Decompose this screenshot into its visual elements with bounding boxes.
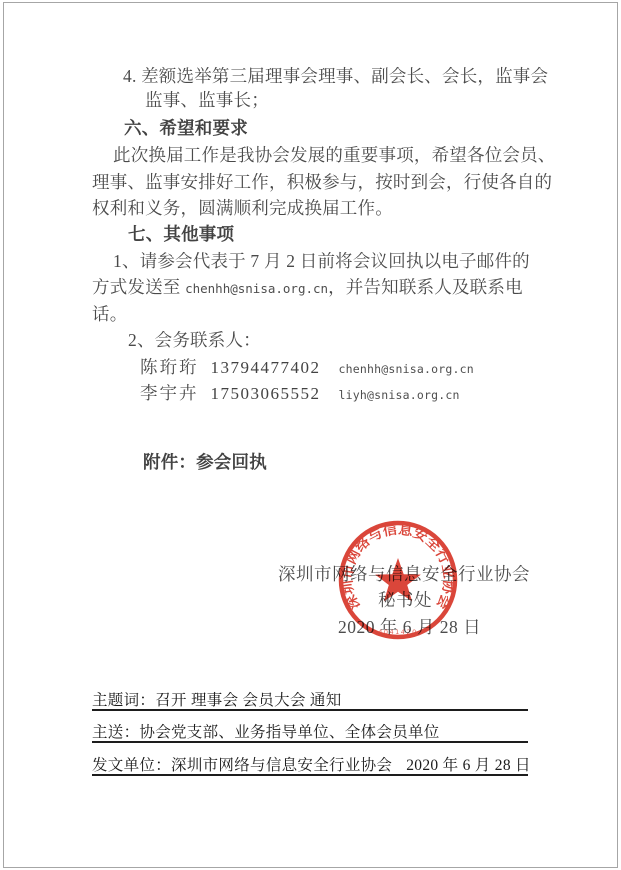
- paragraph-six-line3: 权利和义务，圆满顺利完成换届工作。: [92, 198, 393, 218]
- seal-serial-number: 4041420: [378, 628, 417, 636]
- paragraph-six-line2: 理事、监事安排好工作，积极参与，按时到会，行使各自的: [92, 172, 552, 192]
- seal-star-icon: [375, 558, 421, 601]
- attachment-line: 附件：参会回执: [143, 452, 267, 472]
- contact-row: 李宇卉17503065552liyh@snisa.org.cn: [140, 383, 460, 405]
- footer-issuer-line: 发文单位：深圳市网络与信息安全行业协会2020 年 6 月 28 日: [92, 753, 528, 776]
- contact-phone: 17503065552: [211, 384, 321, 403]
- official-seal: 深圳市网络与信息安全行业协会 4041420: [330, 512, 466, 648]
- contact-row: 陈珩珩13794477402chenhh@snisa.org.cn: [140, 357, 474, 379]
- paragraph-seven-line3: 话。: [92, 304, 127, 324]
- footer-recipients-label: 主送：: [92, 724, 139, 741]
- footer-keywords-line: 主题词：召开 理事会 会员大会 通知: [92, 688, 528, 711]
- line2-pre-text: 方式发送至: [92, 277, 185, 297]
- line2-post-text: ，并告知联系人及联系电: [328, 277, 523, 297]
- footer-recipients-value: 协会党支部、业务指导单位、全体会员单位: [139, 724, 439, 741]
- footer-keywords-value: 召开 理事会 会员大会 通知: [155, 692, 341, 709]
- list-item-4-line1: 4. 差额选举第三届理事会理事、副会长、会长，监事会: [123, 66, 548, 86]
- paragraph-seven-line2: 方式发送至 chenhh@snisa.org.cn，并告知联系人及联系电: [92, 277, 523, 299]
- paragraph-six-line1: 此次换届工作是我协会发展的重要事项，希望各位会员、: [113, 145, 556, 165]
- contact-name: 李宇卉: [140, 383, 199, 403]
- section-heading-six: 六、希望和要求: [124, 118, 248, 138]
- contact-phone: 13794477402: [211, 358, 321, 377]
- footer-issuer-label: 发文单位：: [92, 757, 171, 774]
- footer-issuer-value: 深圳市网络与信息安全行业协会: [171, 757, 392, 774]
- inline-email: chenhh@snisa.org.cn: [185, 281, 328, 296]
- contact-email: chenhh@snisa.org.cn: [339, 362, 474, 376]
- footer-issue-date: 2020 年 6 月 28 日: [406, 757, 531, 774]
- contacts-heading: 2、会务联系人：: [128, 330, 261, 350]
- section-heading-seven: 七、其他事项: [128, 224, 234, 244]
- paragraph-seven-line1: 1、请参会代表于 7 月 2 日前将会议回执以电子邮件的: [113, 251, 530, 271]
- footer-recipients-line: 主送：协会党支部、业务指导单位、全体会员单位: [92, 720, 528, 743]
- contact-name: 陈珩珩: [140, 357, 199, 377]
- contact-email: liyh@snisa.org.cn: [339, 388, 460, 402]
- list-item-4-line2: 监事、监事长；: [145, 90, 269, 110]
- document-page: 4. 差额选举第三届理事会理事、副会长、会长，监事会 监事、监事长； 六、希望和…: [0, 0, 621, 870]
- footer-keywords-label: 主题词：: [92, 692, 155, 709]
